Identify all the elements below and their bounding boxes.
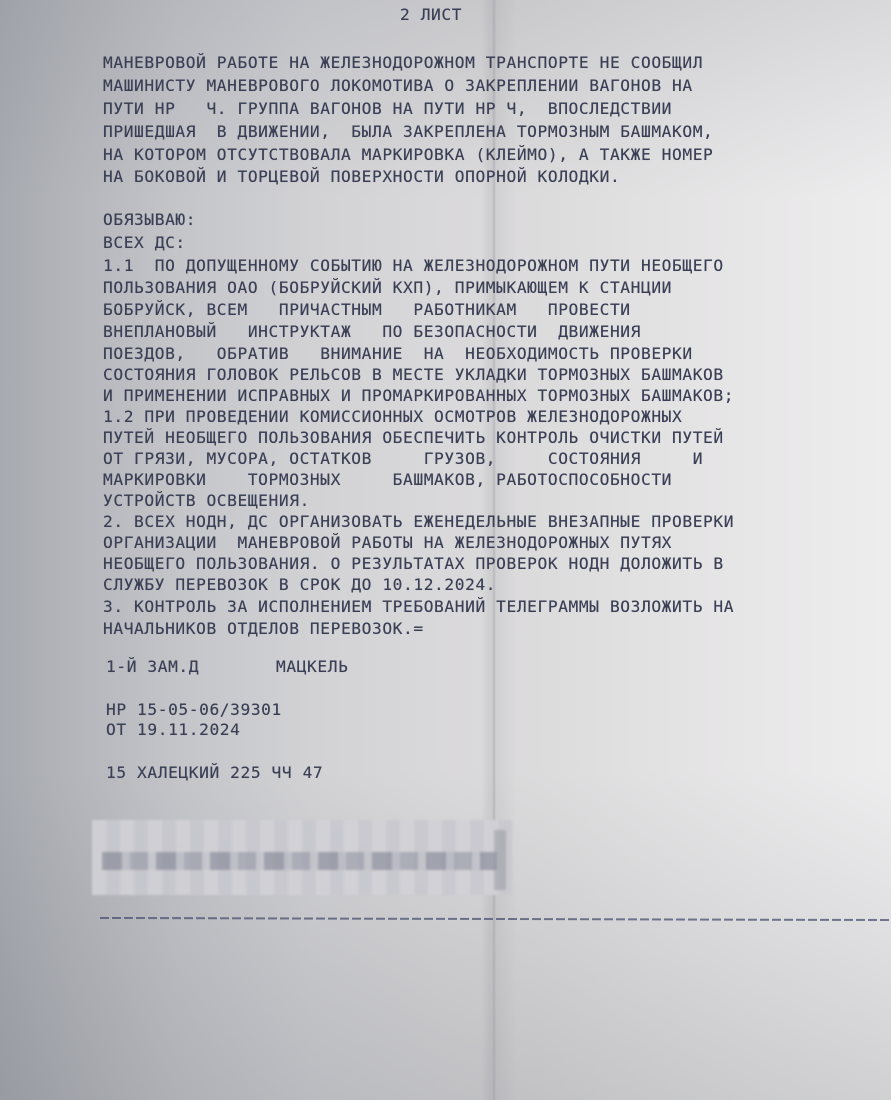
intro-line: НА КОТОРОМ ОТСУТСТВОВАЛА МАРКИРОВКА (КЛЕ… xyxy=(103,144,713,167)
order-line: 1.1 ПО ДОПУЩЕННОМУ СОБЫТИЮ НА ЖЕЛЕЗНОДОР… xyxy=(103,255,724,278)
signatory-position: 1-Й ЗАМ.Д xyxy=(106,656,199,679)
order-line: ОТ ГРЯЗИ, МУСОРА, ОСТАТКОВ ГРУЗОВ, СОСТО… xyxy=(103,448,703,471)
order-line: 1.2 ПРИ ПРОВЕДЕНИИ КОМИССИОННЫХ ОСМОТРОВ… xyxy=(103,406,682,429)
intro-line: ПРИШЕДШАЯ В ДВИЖЕНИИ, БЫЛА ЗАКРЕПЛЕНА ТО… xyxy=(103,121,713,144)
intro-line: ПУТИ НР Ч. ГРУППА ВАГОНОВ НА ПУТИ НР Ч, … xyxy=(103,98,672,121)
order-line: УСТРОЙСТВ ОСВЕЩЕНИЯ. xyxy=(103,490,310,513)
reference-date: ОТ 19.11.2024 xyxy=(106,719,241,742)
intro-line: НА БОКОВОЙ И ТОРЦЕВОЙ ПОВЕРХНОСТИ ОПОРНО… xyxy=(103,166,620,189)
redacted-line xyxy=(92,820,512,895)
order-line: ПОЛЬЗОВАНИЯ ОАО (БОБРУЙСКИЙ КХП), ПРИМЫК… xyxy=(103,277,672,300)
page-header: 2 ЛИСТ xyxy=(400,4,462,27)
intro-line: МАШИНИСТУ МАНЕВРОВОГО ЛОКОМОТИВА О ЗАКРЕ… xyxy=(103,75,693,98)
pixelated-text xyxy=(102,852,497,870)
signatory-name: МАЦКЕЛЬ xyxy=(276,656,348,679)
order-line: СОСТОЯНИЯ ГОЛОВОК РЕЛЬСОВ В МЕСТЕ УКЛАДК… xyxy=(103,364,724,387)
intro-line: МАНЕВРОВОЙ РАБОТЕ НА ЖЕЛЕЗНОДОРОЖНОМ ТРА… xyxy=(103,52,703,75)
order-line: 3. КОНТРОЛЬ ЗА ИСПОЛНЕНИЕМ ТРЕБОВАНИЙ ТЕ… xyxy=(103,596,734,619)
order-line: ОРГАНИЗАЦИИ МАНЕВРОВОЙ РАБОТЫ НА ЖЕЛЕЗНО… xyxy=(103,532,672,555)
obligation-heading: ОБЯЗЫВАЮ: xyxy=(103,209,196,232)
pixelated-fragment xyxy=(494,830,506,890)
order-line: ПОЕЗДОВ, ОБРАТИВ ВНИМАНИЕ НА НЕОБХОДИМОС… xyxy=(103,343,693,366)
order-line: МАРКИРОВКИ ТОРМОЗНЫХ БАШМАКОВ, РАБОТОСПО… xyxy=(103,469,672,492)
order-line: НЕОБЩЕГО ПОЛЬЗОВАНИЯ. О РЕЗУЛЬТАТАХ ПРОВ… xyxy=(103,553,724,576)
order-line: СЛУЖБУ ПЕРЕВОЗОК В СРОК ДО 10.12.2024. xyxy=(103,574,496,597)
telegram-printout: 2 ЛИСТ МАНЕВРОВОЙ РАБОТЕ НА ЖЕЛЕЗНОДОРОЖ… xyxy=(0,0,891,1100)
order-line: НАЧАЛЬНИКОВ ОТДЕЛОВ ПЕРЕВОЗОК.= xyxy=(103,618,424,641)
addressee: ВСЕХ ДС: xyxy=(103,232,186,255)
perforation-dashed-line xyxy=(100,917,891,921)
order-line: ПУТЕЙ НЕОБЩЕГО ПОЛЬЗОВАНИЯ ОБЕСПЕЧИТЬ КО… xyxy=(103,427,724,450)
order-line: 2. ВСЕХ НОДН, ДС ОРГАНИЗОВАТЬ ЕЖЕНЕДЕЛЬН… xyxy=(103,511,734,534)
transmission-line: 15 ХАЛЕЦКИЙ 225 ЧЧ 47 xyxy=(106,762,323,785)
order-line: ВНЕПЛАНОВЫЙ ИНСТРУКТАЖ ПО БЕЗОПАСНОСТИ Д… xyxy=(103,321,641,344)
order-line: И ПРИМЕНЕНИИ ИСПРАВНЫХ И ПРОМАРКИРОВАННЫ… xyxy=(103,385,734,408)
order-line: БОБРУЙСК, ВСЕМ ПРИЧАСТНЫМ РАБОТНИКАМ ПРО… xyxy=(103,299,631,322)
